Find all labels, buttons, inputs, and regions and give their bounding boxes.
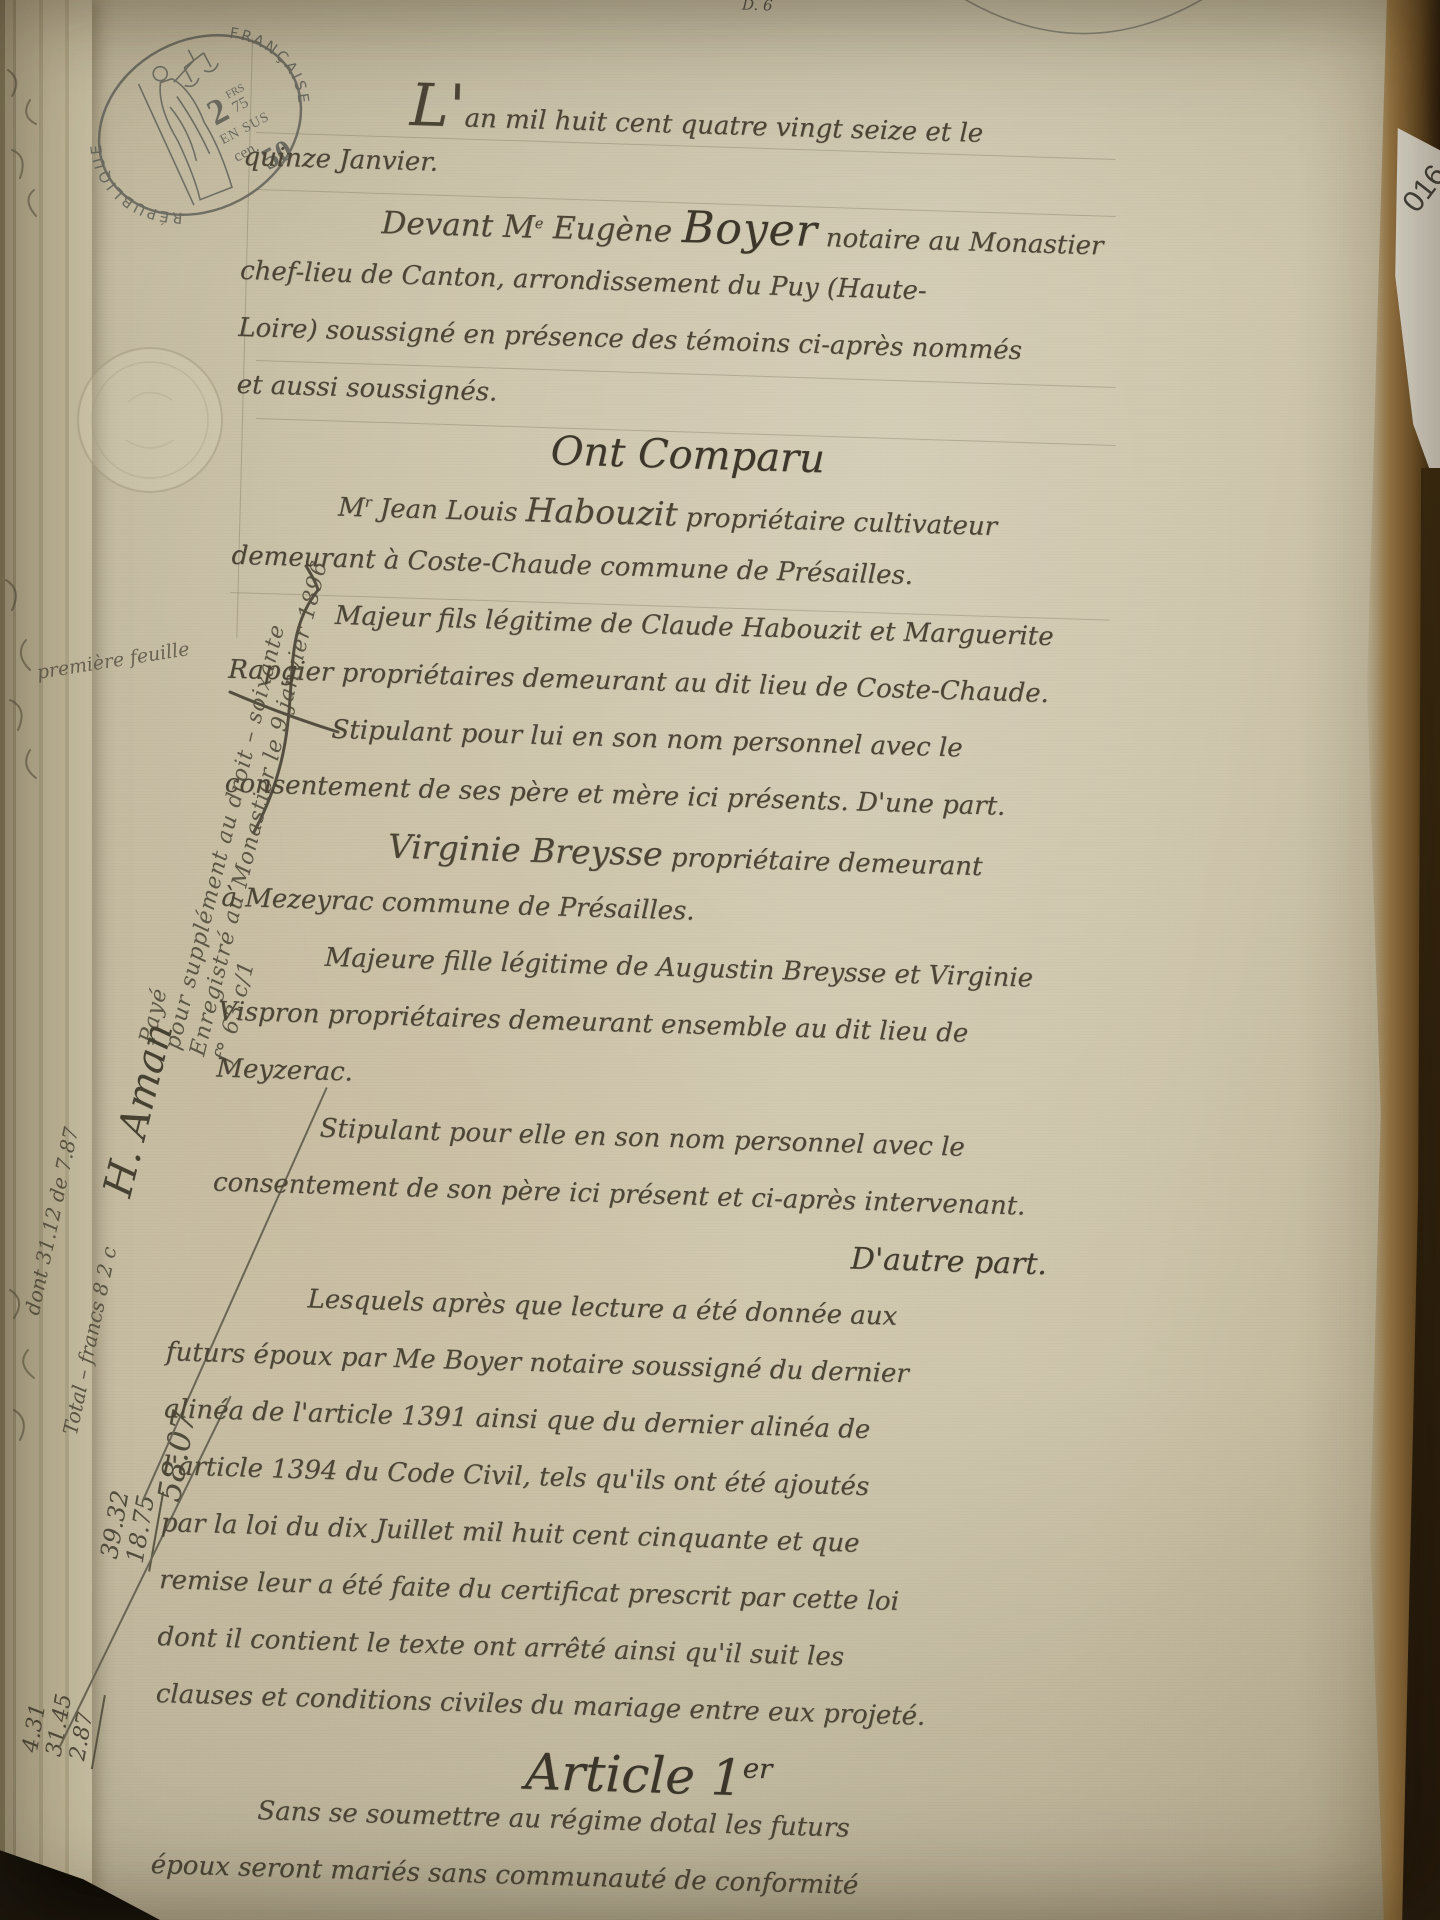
notarial-deed-photo: RÉPUBLIQUE FRANÇAISE 2 FRS 75 xyxy=(0,0,1440,1920)
photo-vignette xyxy=(0,0,1440,1920)
